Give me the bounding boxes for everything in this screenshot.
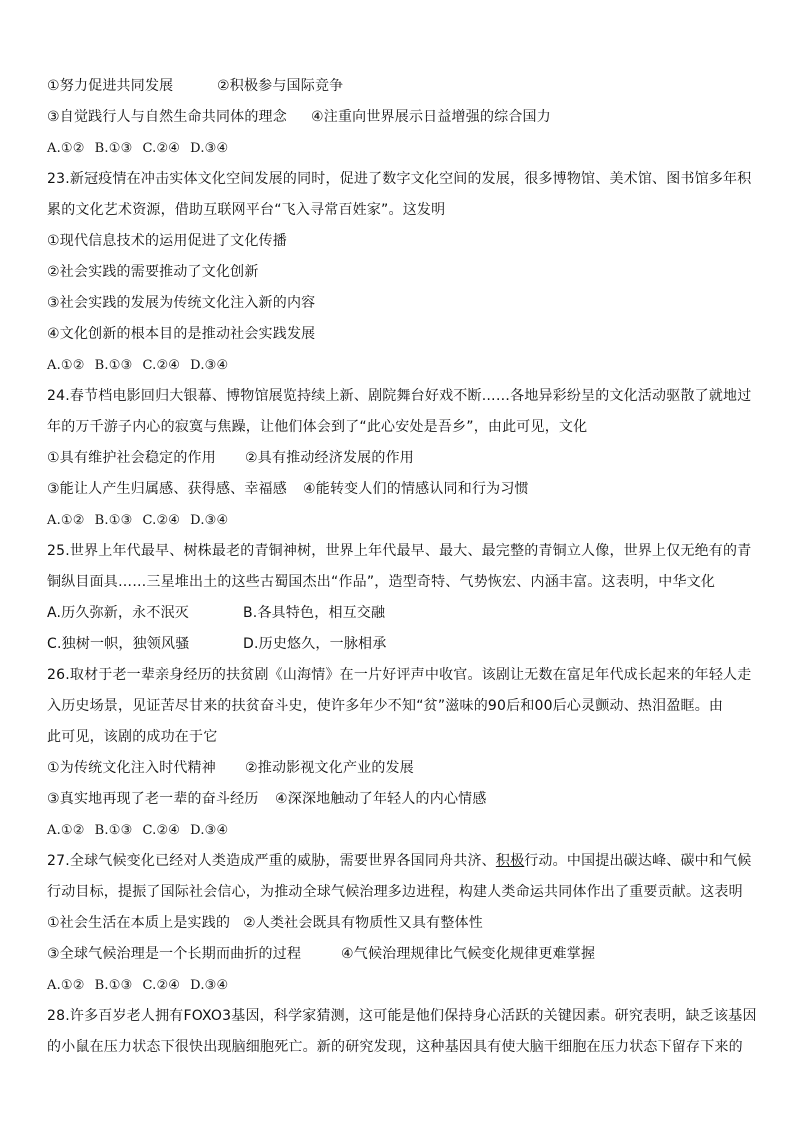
q28-stem-line1: 28.许多百岁老人拥有FOXO3基因，科学家猜测，这可能是他们保持身心活跃的关键…	[47, 1001, 747, 1032]
q27-stem-post: 行动。中国提出碳达峰、碳中和气候	[524, 853, 751, 869]
q27-stem-line2: 行动目标，提振了国际社会信心，为推动全球气候治理多边进程，构建人类命运共同体作出…	[47, 877, 747, 908]
answer-b: B.①③	[95, 823, 133, 838]
q25-options-row2: C.独树一帜，独领风骚D.历史悠久，一脉相承	[47, 629, 747, 660]
q26-option-3: ③真实地再现了老一辈的奋斗经历	[47, 784, 275, 815]
q28-stem-line2: 的小鼠在压力状态下很快出现脑细胞死亡。新的研究发现，这种基因具有使大脑干细胞在压…	[47, 1032, 747, 1063]
answer-a: A.①②	[47, 823, 85, 838]
answer-c: C.②④	[142, 978, 180, 993]
q22-option-1: ①努力促进共同发展	[47, 71, 217, 102]
q24-option-3: ③能让人产生归属感、获得感、幸福感	[47, 474, 303, 505]
exam-page: ①努力促进共同发展②积极参与国际竞争 ③自觉践行人与自然生命共同体的理念④注重向…	[47, 71, 747, 1063]
q26-options-row2: ③真实地再现了老一辈的奋斗经历④深深地触动了年轻人的内心情感	[47, 784, 747, 815]
q27-answers: A.①②B.①③C.②④D.③④	[47, 970, 747, 1001]
q23-option-2: ②社会实践的需要推动了文化创新	[47, 257, 747, 288]
q26-option-4: ④深深地触动了年轻人的内心情感	[275, 791, 487, 807]
answer-c: C.②④	[142, 823, 180, 838]
answer-b: B.①③	[95, 141, 133, 156]
answer-b: B.①③	[95, 358, 133, 373]
q27-option-1: ①社会生活在本质上是实践的	[47, 908, 243, 939]
q26-stem-line3: 此可见，该剧的成功在于它	[47, 722, 747, 753]
q24-stem-line1: 24.春节档电影回归大银幕、博物馆展览持续上新、剧院舞台好戏不断……各地异彩纷呈…	[47, 381, 747, 412]
q25-options-row1: A.历久弥新，永不泯灭B.各具特色，相互交融	[47, 598, 747, 629]
q27-stem-pre: 27.全球气候变化已经对人类造成严重的威胁，需要世界各国同舟共济、	[47, 853, 496, 869]
answer-a: A.①②	[47, 358, 85, 373]
q22-answers: A.①②B.①③C.②④D.③④	[47, 133, 747, 164]
q26-option-2: ②推动影视文化产业的发展	[245, 760, 414, 776]
q25-option-d: D.历史悠久，一脉相承	[243, 636, 386, 652]
q27-option-2: ②人类社会既具有物质性又具有整体性	[243, 915, 483, 931]
q24-option-4: ④能转变人们的情感认同和行为习惯	[303, 481, 529, 497]
answer-b: B.①③	[95, 513, 133, 528]
q23-stem-line1: 23.新冠疫情在冲击实体文化空间发展的同时，促进了数字文化空间的发展，很多博物馆…	[47, 164, 747, 195]
q22-options-row2: ③自觉践行人与自然生命共同体的理念④注重向世界展示日益增强的综合国力	[47, 102, 747, 133]
q23-option-4: ④文化创新的根本目的是推动社会实践发展	[47, 319, 747, 350]
q26-option-1: ①为传统文化注入时代精神	[47, 753, 245, 784]
q23-option-3: ③社会实践的发展为传统文化注入新的内容	[47, 288, 747, 319]
q26-stem-line1: 26.取材于老一辈亲身经历的扶贫剧《山海情》在一片好评声中收官。该剧让无数在富足…	[47, 660, 747, 691]
q25-option-a: A.历久弥新，永不泯灭	[47, 598, 243, 629]
q22-options-row1: ①努力促进共同发展②积极参与国际竞争	[47, 71, 747, 102]
q23-option-1: ①现代信息技术的运用促进了文化传播	[47, 226, 747, 257]
q25-option-b: B.各具特色，相互交融	[243, 605, 385, 621]
q25-stem-line1: 25.世界上年代最早、树株最老的青铜神树，世界上年代最早、最大、最完整的青铜立人…	[47, 536, 747, 567]
answer-d: D.③④	[190, 358, 228, 373]
q23-answers: A.①②B.①③C.②④D.③④	[47, 350, 747, 381]
q27-options-row2: ③全球气候治理是一个长期而曲折的过程④气候治理规律比气候变化规律更难掌握	[47, 939, 747, 970]
q24-options-row1: ①具有维护社会稳定的作用②具有推动经济发展的作用	[47, 443, 747, 474]
q25-stem-line2: 铜纵目面具……三星堆出土的这些古蜀国杰出“作品”，造型奇特、气势恢宏、内涵丰富。…	[47, 567, 747, 598]
answer-d: D.③④	[190, 141, 228, 156]
q24-option-2: ②具有推动经济发展的作用	[245, 450, 414, 466]
q26-answers: A.①②B.①③C.②④D.③④	[47, 815, 747, 846]
q22-option-2: ②积极参与国际竞争	[217, 78, 343, 94]
q26-options-row1: ①为传统文化注入时代精神②推动影视文化产业的发展	[47, 753, 747, 784]
answer-a: A.①②	[47, 141, 85, 156]
q22-option-4: ④注重向世界展示日益增强的综合国力	[311, 109, 551, 125]
q24-option-1: ①具有维护社会稳定的作用	[47, 443, 245, 474]
answer-b: B.①③	[95, 978, 133, 993]
answer-d: D.③④	[190, 513, 228, 528]
answer-a: A.①②	[47, 978, 85, 993]
q27-stem-underlined: 积极	[496, 853, 524, 869]
answer-d: D.③④	[190, 978, 228, 993]
q24-options-row2: ③能让人产生归属感、获得感、幸福感④能转变人们的情感认同和行为习惯	[47, 474, 747, 505]
q26-stem-line2: 入历史场景，见证苦尽甘来的扶贫奋斗史，使许多年少不知“贫”滋味的90后和00后心…	[47, 691, 747, 722]
q24-answers: A.①②B.①③C.②④D.③④	[47, 505, 747, 536]
q27-stem-line1: 27.全球气候变化已经对人类造成严重的威胁，需要世界各国同舟共济、积极行动。中国…	[47, 846, 747, 877]
answer-c: C.②④	[142, 513, 180, 528]
answer-d: D.③④	[190, 823, 228, 838]
q27-option-3: ③全球气候治理是一个长期而曲折的过程	[47, 939, 341, 970]
q27-option-4: ④气候治理规律比气候变化规律更难掌握	[341, 946, 595, 962]
answer-c: C.②④	[142, 358, 180, 373]
q27-options-row1: ①社会生活在本质上是实践的②人类社会既具有物质性又具有整体性	[47, 908, 747, 939]
answer-a: A.①②	[47, 513, 85, 528]
answer-c: C.②④	[142, 141, 180, 156]
q22-option-3: ③自觉践行人与自然生命共同体的理念	[47, 102, 311, 133]
q23-stem-line2: 累的文化艺术资源，借助互联网平台“飞入寻常百姓家”。这发明	[47, 195, 747, 226]
q24-stem-line2: 年的万千游子内心的寂寞与焦躁，让他们体会到了“此心安处是吾乡”，由此可见，文化	[47, 412, 747, 443]
q25-option-c: C.独树一帜，独领风骚	[47, 629, 243, 660]
